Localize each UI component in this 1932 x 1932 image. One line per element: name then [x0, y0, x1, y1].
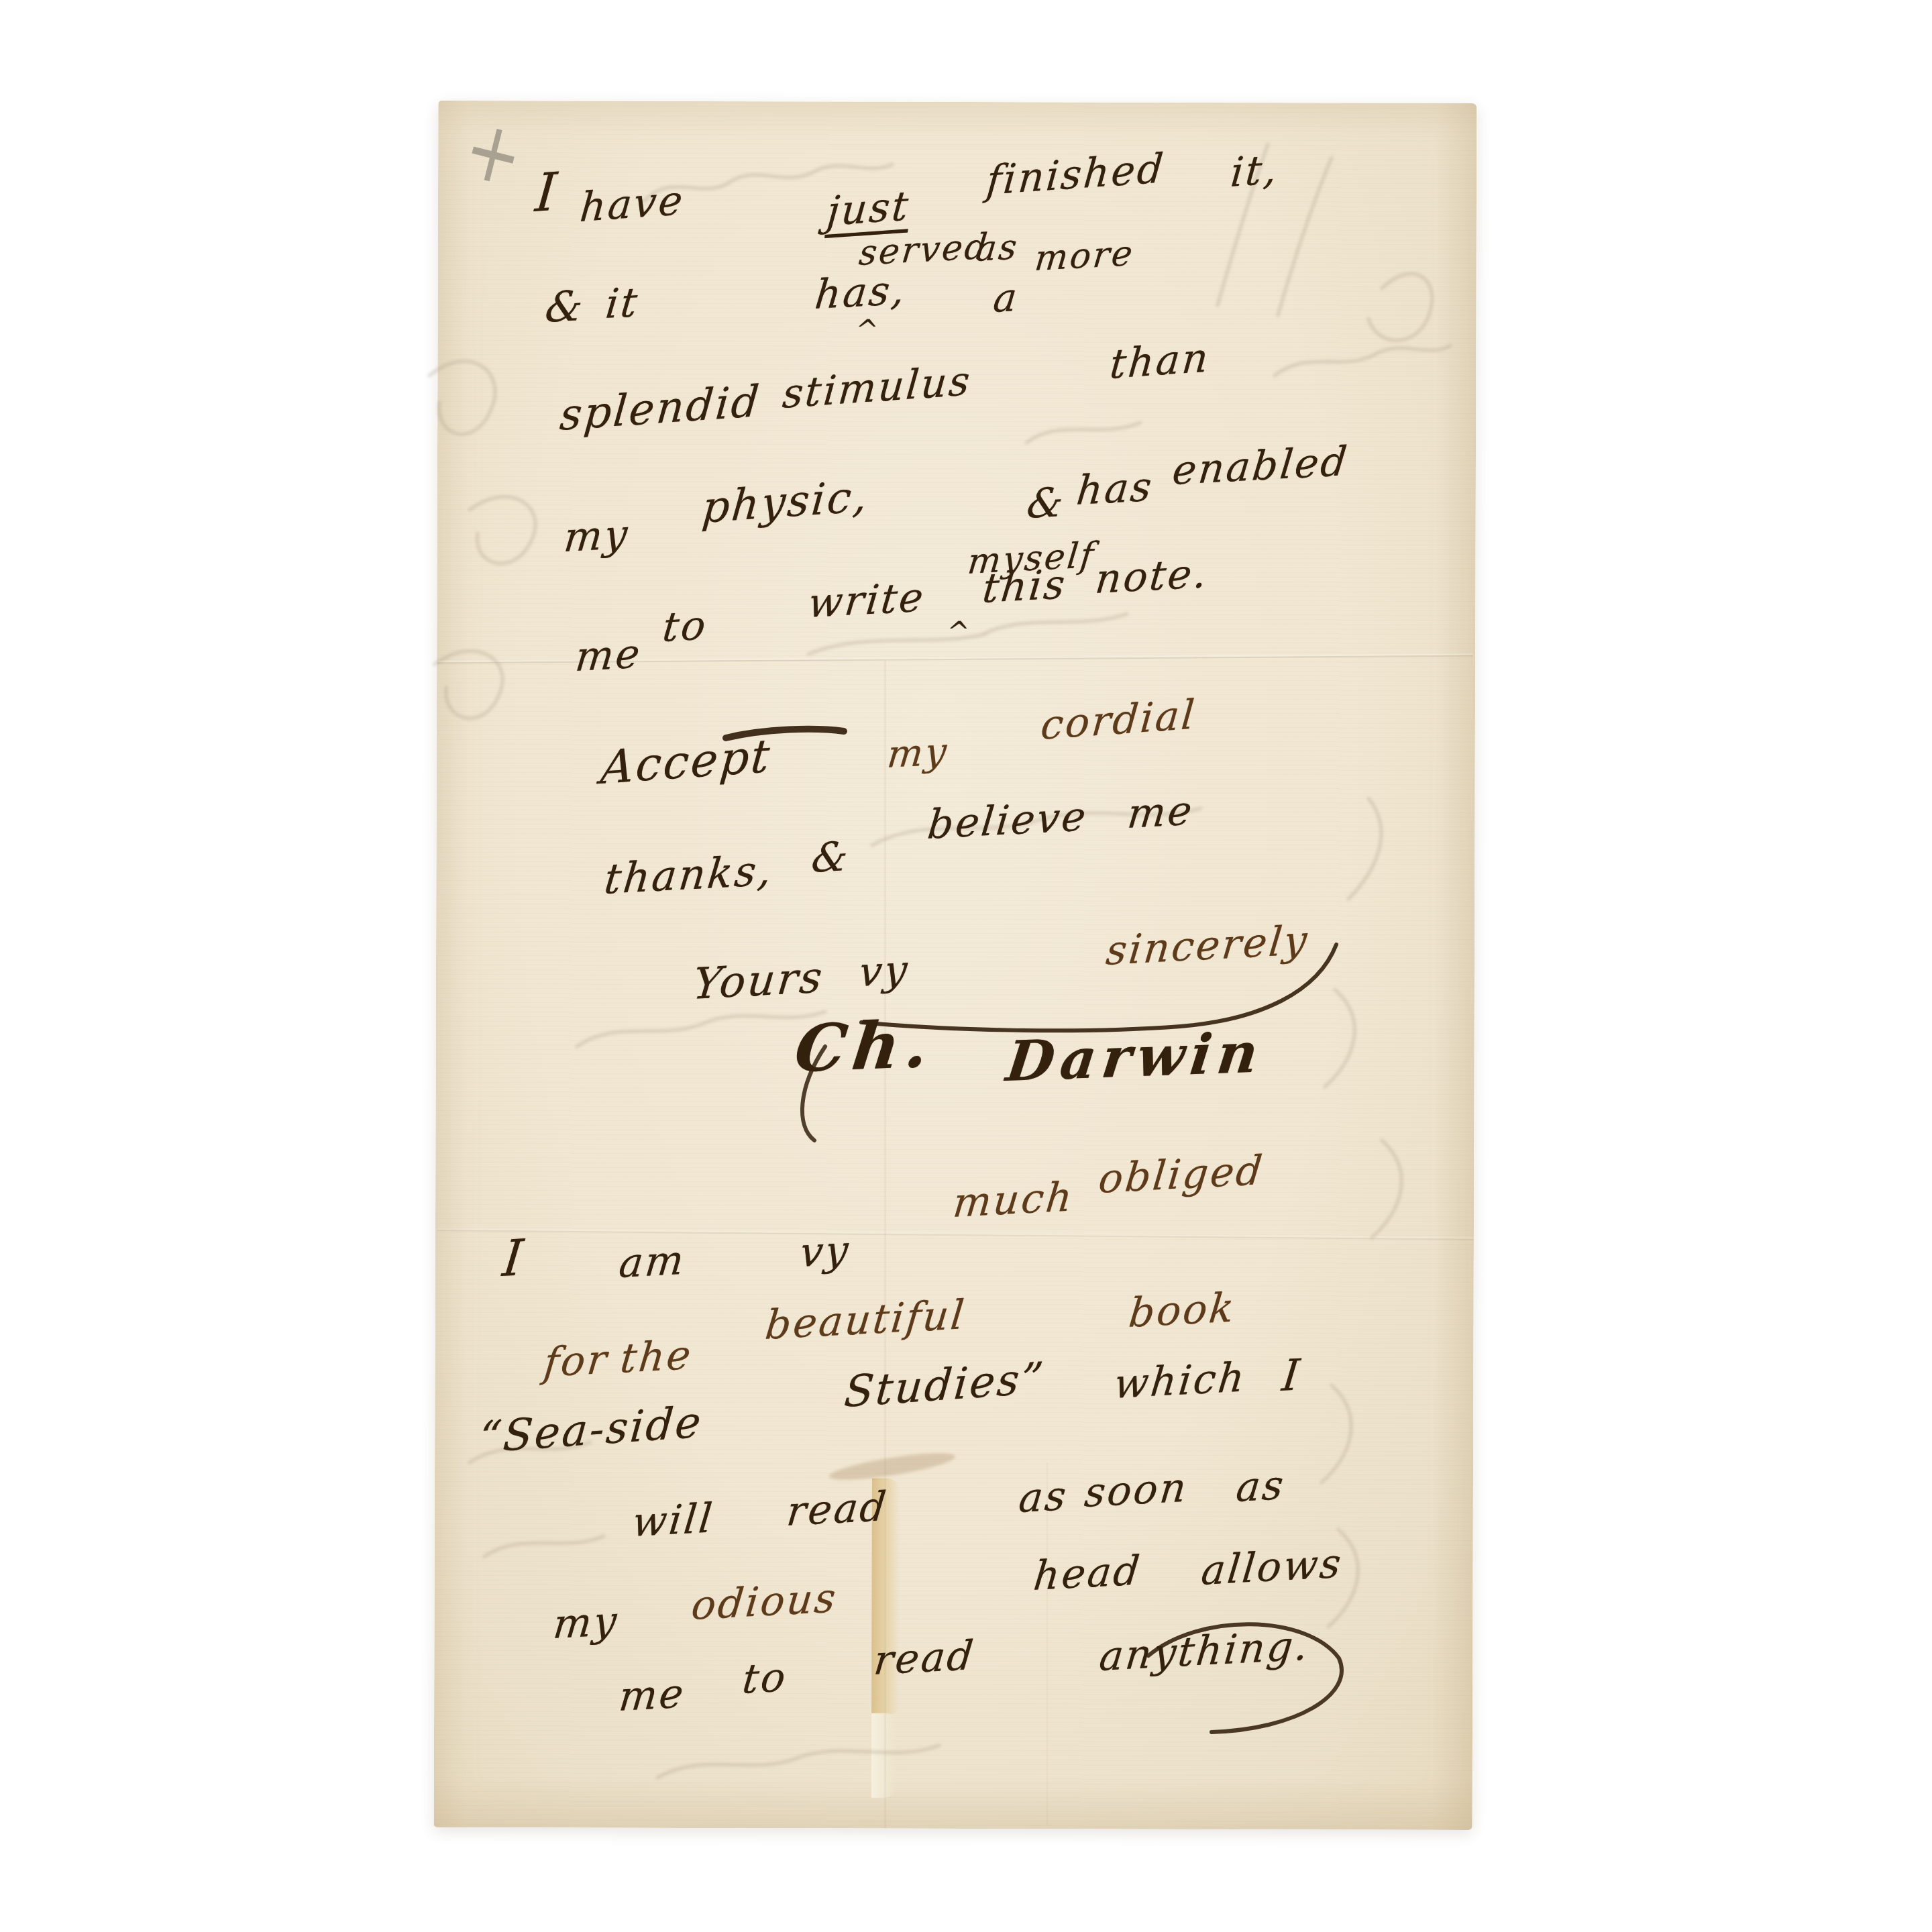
handwritten-word: stimulus: [781, 361, 973, 415]
handwritten-word: vy: [857, 950, 911, 993]
handwritten-word: obliged: [1097, 1150, 1266, 1199]
handwritten-word: I: [533, 166, 561, 220]
handwritten-word: &: [543, 285, 587, 329]
letter-photograph: + Ihavejustfinishedit,servedasmore&ithas…: [0, 0, 1932, 1932]
handwritten-word: than: [1108, 337, 1212, 385]
handwritten-word: which: [1112, 1357, 1248, 1405]
handwritten-word: as: [974, 229, 1020, 267]
handwritten-word: anything.: [1097, 1625, 1311, 1677]
handwritten-word: as: [1017, 1476, 1070, 1519]
handwritten-word: &: [1025, 482, 1067, 525]
handwritten-word: splendid: [558, 380, 763, 437]
handwritten-word: Studies”: [843, 1357, 1047, 1414]
handwritten-word: allows: [1199, 1544, 1344, 1591]
handwritten-word: have: [578, 180, 686, 228]
handwritten-word: Darwin: [1004, 1025, 1267, 1089]
handwritten-word: for: [542, 1340, 610, 1383]
handwritten-word: to: [661, 605, 709, 648]
handwritten-word: read: [872, 1635, 977, 1681]
handwritten-word: my: [551, 1601, 621, 1645]
handwritten-word: it,: [1229, 150, 1280, 193]
handwritten-word: much: [951, 1177, 1076, 1224]
handwritten-word: more: [1033, 236, 1136, 276]
handwritten-word: the: [619, 1335, 694, 1379]
handwritten-word: sincerely: [1104, 920, 1311, 971]
handwritten-word: soon: [1083, 1468, 1190, 1513]
handwritten-word: served: [857, 229, 991, 271]
handwritten-word: has,: [813, 270, 908, 315]
handwritten-word: head: [1032, 1550, 1143, 1597]
handwritten-word: vy: [798, 1230, 852, 1273]
handwritten-word: beautiful: [763, 1295, 968, 1346]
handwritten-word: believe: [926, 796, 1089, 845]
handwritten-word: book: [1127, 1287, 1238, 1334]
handwritten-word: enabled: [1171, 441, 1350, 491]
handwritten-word: this: [981, 564, 1069, 609]
handwritten-word: physic,: [700, 475, 871, 530]
handwritten-word: finished: [985, 148, 1167, 201]
handwritten-word: just: [825, 186, 912, 232]
letter-photo-canvas: { "photo": { "background": "#ffffff" }, …: [0, 0, 1932, 1932]
handwritten-word: note.: [1093, 553, 1211, 600]
handwritten-word: it: [604, 282, 641, 325]
handwritten-word: thanks,: [602, 849, 775, 900]
handwritten-word: cordial: [1039, 694, 1198, 746]
handwritten-word: “Sea-side: [478, 1401, 704, 1460]
handwritten-word: ^: [945, 619, 973, 645]
handwritten-word: to: [741, 1657, 789, 1700]
handwritten-word: Ch.: [792, 1012, 938, 1081]
handwritten-word: I: [500, 1233, 527, 1284]
handwritten-word: &: [810, 837, 852, 879]
handwritten-word: write: [806, 577, 927, 624]
handwritten-word: has: [1075, 467, 1155, 511]
handwritten-word: me: [617, 1673, 688, 1717]
handwritten-word: am: [617, 1240, 688, 1284]
handwritten-word: Accept: [599, 734, 773, 792]
handwritten-word: read: [785, 1487, 890, 1532]
handwritten-word: ^: [853, 317, 882, 343]
handwritten-word: my: [885, 733, 951, 774]
handwritten-word: Yours: [691, 956, 826, 1006]
handwritten-word: odious: [690, 1578, 839, 1626]
handwriting-layer: Ihavejustfinishedit,servedasmore&ithas,^…: [0, 0, 1932, 1932]
handwritten-word: my: [562, 515, 631, 558]
handwritten-word: as: [1234, 1465, 1287, 1508]
handwritten-word: me: [1126, 790, 1196, 835]
handwritten-word: I: [1280, 1354, 1303, 1398]
handwritten-word: a: [991, 278, 1021, 318]
handwritten-word: me: [574, 633, 644, 678]
handwritten-word: will: [631, 1498, 716, 1543]
